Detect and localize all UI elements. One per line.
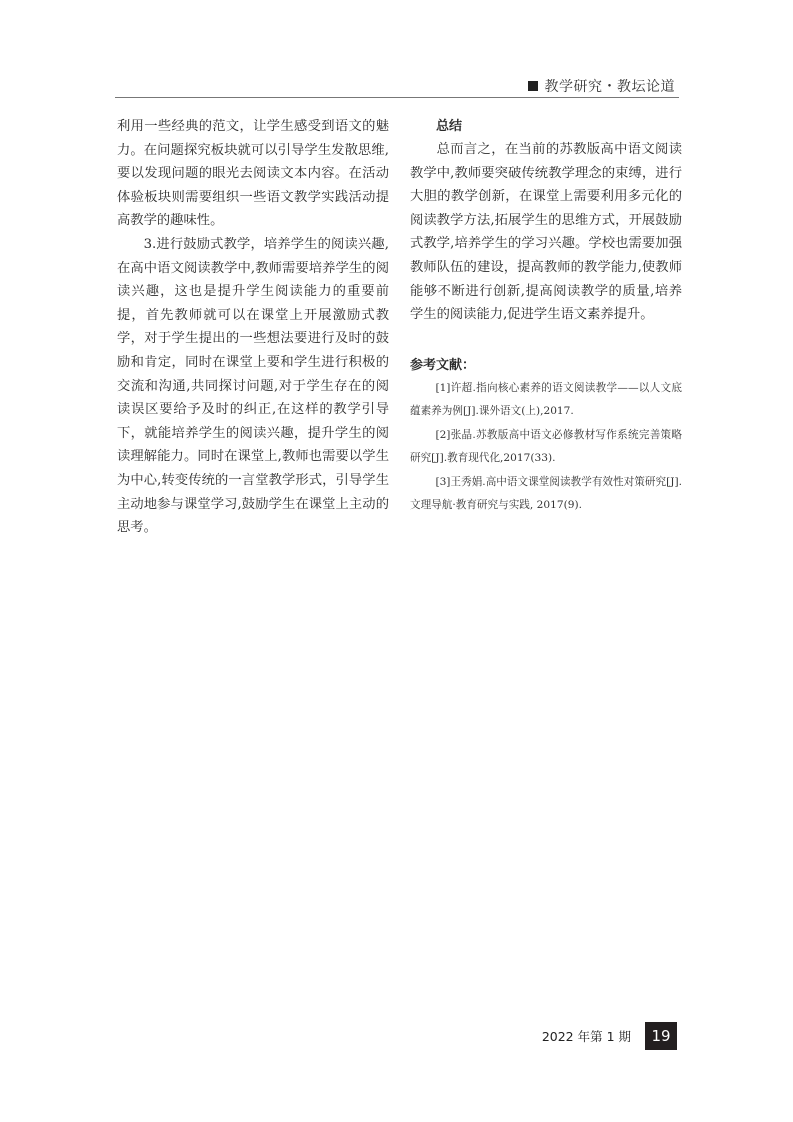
page-number-badge: 19 <box>645 1022 677 1050</box>
body-paragraph: 3.进行鼓励式教学，培养学生的阅读兴趣,在高中语文阅读教学中,教师需要培养学生的… <box>117 233 389 540</box>
running-header: 教学研究・教坛论道 <box>528 76 676 96</box>
page-footer: 2022 年第 1 期 19 <box>542 1022 677 1050</box>
issue-label: 2022 年第 1 期 <box>542 1027 631 1045</box>
left-column: 利用一些经典的范文，让学生感受到语文的魅力。在问题探究板块就可以引导学生发散思维… <box>117 115 389 540</box>
summary-heading: 总结 <box>436 115 682 138</box>
body-paragraph: 利用一些经典的范文，让学生感受到语文的魅力。在问题探究板块就可以引导学生发散思维… <box>117 115 389 233</box>
right-column: 总结 总而言之，在当前的苏教版高中语文阅读教学中,教师要突破传统教学理念的束缚，… <box>410 115 682 518</box>
reference-item: [2]张晶.苏教版高中语文必修教材写作系统完善策略研究[J].教育现代化,201… <box>410 424 682 471</box>
black-square-icon <box>528 81 538 91</box>
reference-item: [3]王秀娟.高中语文课堂阅读教学有效性对策研究[J].文理导航·教育研究与实践… <box>410 471 682 518</box>
header-divider <box>115 97 679 98</box>
summary-paragraph: 总而言之，在当前的苏教版高中语文阅读教学中,教师要突破传统教学理念的束缚，进行大… <box>410 138 682 327</box>
references-heading: 参考文献： <box>410 355 682 377</box>
reference-item: [1]许超.指向核心素养的语文阅读教学——以人文底蕴素养为例[J].课外语文(上… <box>410 377 682 424</box>
section-label: 教学研究・教坛论道 <box>545 76 676 96</box>
